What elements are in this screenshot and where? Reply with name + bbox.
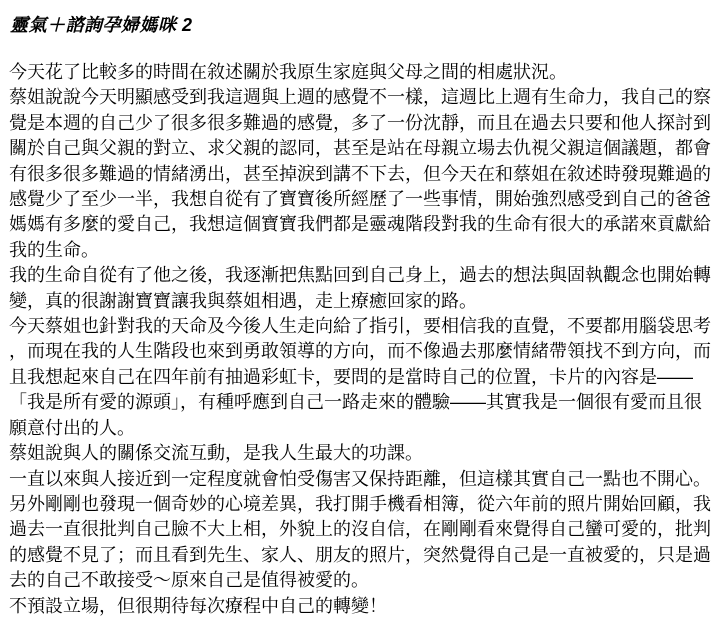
text-line: 去的自己不敢接受～原來自己是值得被愛的。 <box>9 568 717 593</box>
text-line: 的感覺不見了；而且看到先生、家人、朋友的照片，突然覺得自己是一直被愛的，只是過 <box>9 543 717 568</box>
text-line: 且我想起來自己在四年前有抽過彩虹卡，要問的是當時自己的位置，卡片的內容是—— <box>9 365 717 390</box>
document-page: 靈氣＋諮詢孕婦媽咪 2 今天花了比較多的時間在敘述關於我原生家庭與父母之間的相處… <box>0 0 723 629</box>
text-line: 關於自己與父親的對立、求父親的認同，甚至是站在母親立場去仇視父親這個議題，都會 <box>9 136 717 161</box>
text-line: 願意付出的人。 <box>9 416 717 441</box>
text-line: 蔡姐說與人的關係交流互動，是我人生最大的功課。 <box>9 441 717 466</box>
text-line: 媽媽有多麼的愛自己，我想這個寶寶我們都是靈魂階段對我的生命有很大的承諾來貢獻給 <box>9 212 717 237</box>
text-line: 今天花了比較多的時間在敘述關於我原生家庭與父母之間的相處狀況。 <box>9 60 717 85</box>
text-line: 今天蔡姐也針對我的天命及今後人生走向給了指引，要相信我的直覺，不要都用腦袋思考 <box>9 314 717 339</box>
text-line: 不預設立場，但很期待每次療程中自己的轉變！ <box>9 594 717 619</box>
text-line: ，而現在我的人生階段也來到勇敢領導的方向，而不像過去那麼情緒帶領找不到方向，而 <box>9 339 717 364</box>
text-line: 感覺少了至少一半，我想自從有了寶寶後所經歷了一些事情，開始強烈感受到自己的爸爸 <box>9 187 717 212</box>
text-line: 「我是所有愛的源頭」，有種呼應到自己一路走來的體驗——其實我是一個很有愛而且很 <box>9 390 717 415</box>
text-line: 變，真的很謝謝寶寶讓我與蔡姐相遇，走上療癒回家的路。 <box>9 289 717 314</box>
text-line: 覺是本週的自己少了很多很多難過的感覺，多了一份沈靜，而且在過去只要和他人探討到 <box>9 111 717 136</box>
text-line: 有很多很多難過的情緒湧出，甚至掉淚到講不下去，但今天在和蔡姐在敘述時發現難過的 <box>9 162 717 187</box>
text-line: 蔡姐說說今天明顯感受到我這週與上週的感覺不一樣，這週比上週有生命力，我自己的察 <box>9 85 717 110</box>
text-line: 過去一直很批判自己臉不大上相，外貌上的沒自信，在剛剛看來覺得自己蠻可愛的，批判 <box>9 517 717 542</box>
text-line: 另外剛剛也發現一個奇妙的心境差異，我打開手機看相簿，從六年前的照片開始回顧，我 <box>9 492 717 517</box>
text-line: 我的生命。 <box>9 238 717 263</box>
page-title: 靈氣＋諮詢孕婦媽咪 2 <box>10 13 717 38</box>
text-line: 一直以來與人接近到一定程度就會怕受傷害又保持距離，但這樣其實自己一點也不開心。 <box>9 467 717 492</box>
text-line: 我的生命自從有了他之後，我逐漸把焦點回到自己身上，過去的想法與固執觀念也開始轉 <box>9 263 717 288</box>
document-body: 今天花了比較多的時間在敘述關於我原生家庭與父母之間的相處狀況。 蔡姐說說今天明顯… <box>9 60 717 619</box>
